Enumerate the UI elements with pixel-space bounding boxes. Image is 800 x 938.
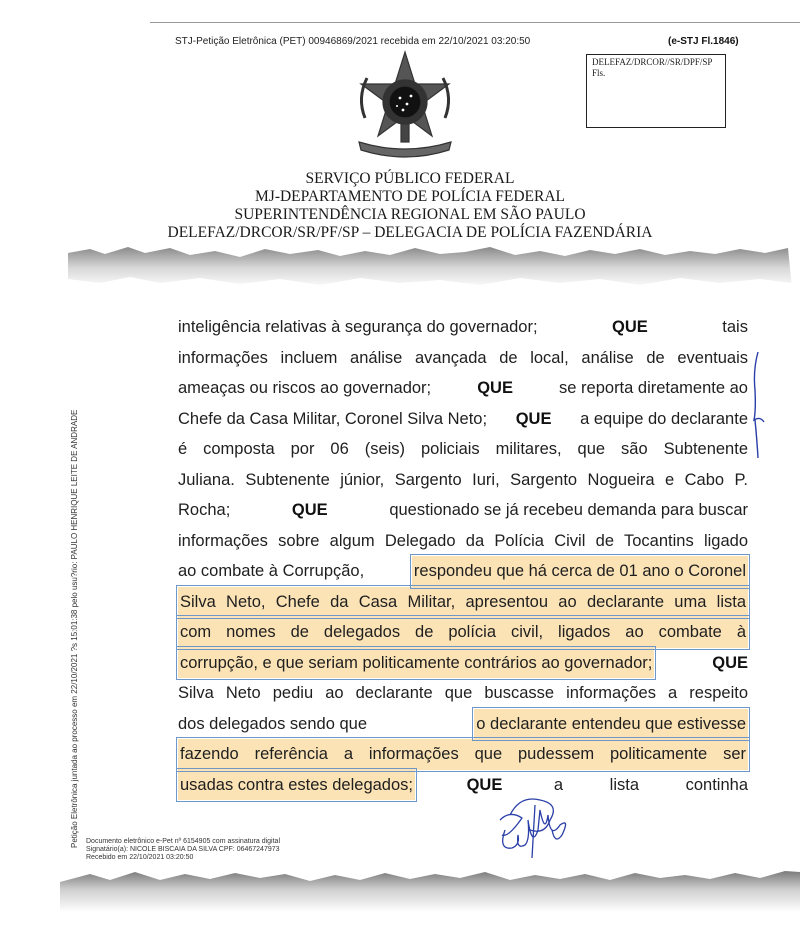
highlighted-passage[interactable]: usadas contra estes delegados; — [178, 770, 415, 801]
text-line: Silva Neto pediu ao declarante que busca… — [178, 678, 748, 709]
margin-initial-mark-icon — [750, 350, 770, 460]
text-line: Juliana. Subtenente júnior, Sargento Iur… — [178, 465, 748, 496]
brazil-coat-of-arms-icon — [345, 48, 465, 166]
text-line: com nomes de delegados de polícia civil,… — [178, 617, 748, 648]
digital-signature-certificate: Documento eletrônico e-Pet nº 6154905 co… — [86, 838, 280, 862]
cert-received-line: Recebido em 22/10/2021 03:20:50 — [86, 854, 280, 862]
text-line: corrupção, e que seriam politicamente co… — [178, 648, 748, 679]
side-filing-stamp: Petição Eletrônica juntada ao processo e… — [70, 348, 79, 848]
torn-edge-bottom — [60, 868, 800, 912]
fls-stamp-label: Fls. — [592, 68, 720, 79]
top-rule — [150, 22, 800, 23]
letterhead-line-1: SERVIÇO PÚBLICO FEDERAL — [130, 170, 690, 188]
highlighted-passage[interactable]: com nomes de delegados de polícia civil,… — [178, 617, 748, 648]
text-line: é composta por 06 (seis) policiais milit… — [178, 434, 748, 465]
fls-stamp-office: DELEFAZ/DRCOR//SR/DPF/SP — [592, 57, 720, 68]
letterhead: SERVIÇO PÚBLICO FEDERAL MJ-DEPARTAMENTO … — [130, 170, 690, 242]
letterhead-line-2: MJ-DEPARTAMENTO DE POLÍCIA FEDERAL — [130, 188, 690, 206]
text-line: Rocha;QUEquestionado se já recebeu deman… — [178, 495, 748, 526]
stj-folio-number: (e-STJ Fl.1846) — [668, 36, 739, 47]
stj-petition-header: STJ-Petição Eletrônica (PET) 00946869/20… — [175, 36, 530, 47]
cert-document-line: Documento eletrônico e-Pet nº 6154905 co… — [86, 838, 280, 846]
highlighted-passage[interactable]: fazendo referência a informações que pud… — [178, 739, 748, 770]
text-line: informações sobre algum Delegado da Polí… — [178, 526, 748, 557]
cert-signatory-line: Signatário(a): NICOLE BISCAIA DA SILVA C… — [86, 846, 280, 854]
highlighted-passage[interactable]: corrupção, e que seriam politicamente co… — [178, 648, 654, 679]
text-line: dos delegados sendo queo declarante ente… — [178, 709, 748, 740]
letterhead-line-4: DELEFAZ/DRCOR/SR/PF/SP – DELEGACIA DE PO… — [130, 224, 690, 242]
fls-stamp-box: DELEFAZ/DRCOR//SR/DPF/SP Fls. — [586, 54, 726, 128]
text-line: Chefe da Casa Militar, Coronel Silva Net… — [178, 404, 748, 435]
torn-edge-top — [60, 245, 800, 289]
text-line: ameaças ou riscos ao governador;QUEse re… — [178, 373, 748, 404]
text-line: fazendo referência a informações que pud… — [178, 739, 748, 770]
text-line: usadas contra estes delegados;QUEa lista… — [178, 770, 748, 801]
letterhead-line-3: SUPERINTENDÊNCIA REGIONAL EM SÃO PAULO — [130, 206, 690, 224]
deposition-text: inteligência relativas à segurança do go… — [178, 312, 748, 800]
text-line: Silva Neto, Chefe da Casa Militar, apres… — [178, 587, 748, 618]
highlighted-passage[interactable]: o declarante entendeu que estivesse — [474, 709, 748, 740]
signature-icon — [490, 790, 580, 860]
text-line: ao combate à Corrupção,respondeu que há … — [178, 556, 748, 587]
highlighted-passage[interactable]: Silva Neto, Chefe da Casa Militar, apres… — [178, 587, 748, 618]
text-line: inteligência relativas à segurança do go… — [178, 312, 748, 343]
highlighted-passage[interactable]: respondeu que há cerca de 01 ano o Coron… — [412, 556, 748, 587]
text-line: informações incluem análise avançada de … — [178, 343, 748, 374]
